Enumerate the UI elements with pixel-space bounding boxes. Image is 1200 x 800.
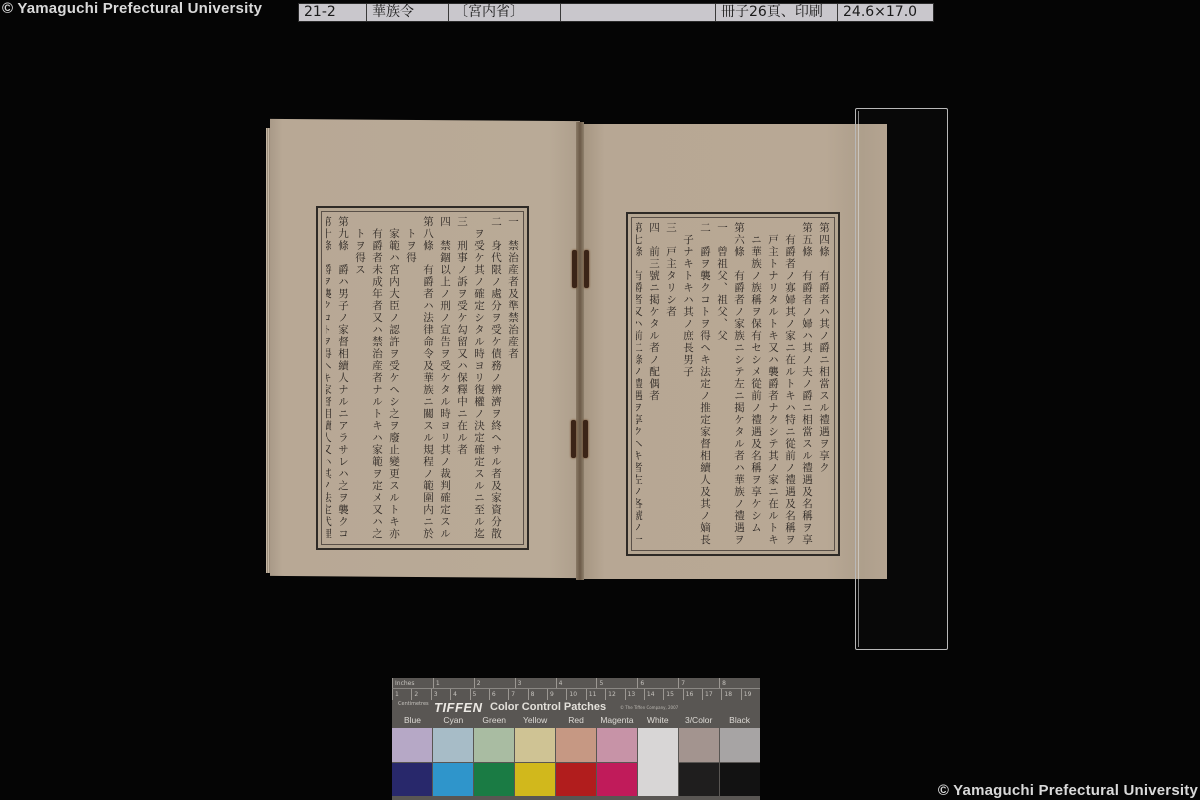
- inch-scale: Inches 1 2 3 4 5 6 7 8: [392, 678, 760, 689]
- text-column: 子ナキトキハ其ノ庶長男子: [681, 222, 694, 546]
- patch-3color-dark: [679, 763, 719, 797]
- text-column: 三 刑事ノ訴ヲ受ケ勾留又ハ保釋中ニ在ル者: [455, 216, 468, 540]
- text-column: 戸主トナリタルトキ又ハ襲爵者ナクシテ其ノ家ニ在ルトキハ其ノ者ニ限リ特: [766, 222, 779, 546]
- staple-icon: [584, 250, 589, 288]
- patch-blue-dark: [392, 763, 432, 797]
- text-column: ヲ受ケ其ノ確定シタル時ヨリ復權ノ決定確定スルニ至ル迄ノ者: [472, 216, 485, 540]
- catalog-id: 21-2: [299, 4, 367, 21]
- patch-name: Cyan: [433, 715, 474, 727]
- text-column: 第八條 有爵者ハ法律命令及華族ニ關スル規程ノ範圍内ニ於テ家範ヲ定ムルコ: [421, 216, 434, 540]
- patch-magenta-dark: [597, 763, 637, 797]
- inch-tick: 3: [515, 678, 556, 688]
- inch-tick: 5: [596, 678, 637, 688]
- text-column: ニ華族ノ族稱ヲ保有セシメ從前ノ禮遇及名稱ヲ享ケシム: [749, 222, 762, 546]
- patch-name: Yellow: [515, 715, 556, 727]
- patch-3color-light: [679, 728, 719, 762]
- text-column: 家範ハ宮内大臣ノ認許ヲ受ケヘシ之ヲ廢止變更スルトキ亦同シ: [387, 216, 400, 540]
- patch-name: Red: [556, 715, 597, 727]
- inch-tick: 2: [474, 678, 515, 688]
- patch-black-dark: [720, 763, 760, 797]
- patch-name: White: [637, 715, 678, 727]
- left-page-text: 一 禁治産者及準禁治産者 二 身代限ノ處分ヲ受ケ債務ノ辨濟ヲ終ヘサル者及家資分散…: [326, 216, 519, 540]
- text-column: 三 戸主タリシ者: [664, 222, 677, 546]
- inch-tick: 8: [719, 678, 760, 688]
- patch-magenta-light: [597, 728, 637, 762]
- catalog-date: [561, 4, 716, 21]
- right-page-text: 第四條 有爵者ハ其ノ爵ニ相當スル禮遇ヲ享ク 第五條 有爵者ノ婦ハ其ノ夫ノ爵ニ相當…: [636, 222, 830, 546]
- patch-red-light: [556, 728, 596, 762]
- acrylic-weight-bar: [855, 108, 948, 650]
- text-column: 一 禁治産者及準禁治産者: [506, 216, 519, 540]
- staple-icon: [571, 420, 576, 458]
- inches-label: Inches: [392, 678, 433, 688]
- patch-cyan-light: [433, 728, 473, 762]
- color-target-card: Inches 1 2 3 4 5 6 7 8 1 2 3 4 5 6 7 8 9…: [392, 678, 760, 800]
- text-column: トヲ得: [404, 216, 417, 540]
- inch-tick: 4: [556, 678, 597, 688]
- text-column: 二 身代限ノ處分ヲ受ケ債務ノ辨濟ヲ終ヘサル者及家資分散若ハ破産ノ宣告: [489, 216, 502, 540]
- patch-red-dark: [556, 763, 596, 797]
- patch-cyan-dark: [433, 763, 473, 797]
- catalog-format: 冊子26頁、印刷: [716, 4, 838, 21]
- text-column: 第六條 有爵者ノ家族ニシテ左ニ掲ケタル者ハ華族ノ禮遇ヲ享ク: [732, 222, 745, 546]
- text-column: 四 前三號ニ掲ケタル者ノ配偶者: [647, 222, 660, 546]
- ruler: Inches 1 2 3 4 5 6 7 8 1 2 3 4 5 6 7 8 9…: [392, 678, 760, 700]
- tiffen-logo: TIFFEN: [434, 700, 483, 715]
- inch-tick: 6: [637, 678, 678, 688]
- patch-yellow-light: [515, 728, 555, 762]
- target-header: Centimetres TIFFEN Color Control Patches…: [392, 699, 760, 715]
- text-column: 有爵者ノ寡婦其ノ家ニ在ルトキハ特ニ從前ノ禮遇及名稱ヲ享ケシメ其ノ家ノ: [783, 222, 796, 546]
- text-column: 四 禁錮以上ノ刑ノ宣告ヲ受ケタル時ヨリ其ノ裁判確定スルニ至ル迄ノ者: [438, 216, 451, 540]
- inch-tick: 1: [433, 678, 474, 688]
- inch-tick: 7: [678, 678, 719, 688]
- patch-white-light: [638, 728, 678, 796]
- patch-names: Blue Cyan Green Yellow Red Magenta White…: [392, 715, 760, 727]
- centimetres-label: Centimetres: [398, 701, 429, 707]
- text-column: 第五條 有爵者ノ婦ハ其ノ夫ノ爵ニ相當スル禮遇及名稱ヲ享ク: [800, 222, 813, 546]
- patch-green-light: [474, 728, 514, 762]
- target-copyright: © The Tiffen Company, 2007: [620, 705, 678, 710]
- text-column: 第九條 爵ハ男子ノ家督相續人ナルニアラサレハ之ヲ襲クコトヲ得ス: [336, 216, 349, 540]
- catalog-title: 華族令: [367, 4, 449, 21]
- text-column: 第七條 有爵者又ハ前二條ノ禮遇ヲ享クヘキ者左ノ各號ノ一ニ該當スルトキハ: [636, 222, 643, 546]
- text-column: 二 爵ヲ襲クコトヲ得ヘキ法定ノ推定家督相續人及其ノ嫡長男子、嫡出ノ男: [698, 222, 711, 546]
- target-title: Color Control Patches: [490, 701, 606, 713]
- patch-name: Black: [719, 715, 760, 727]
- patch-name: Magenta: [596, 715, 637, 727]
- staple-icon: [583, 420, 588, 458]
- text-column: 第十條 爵ヲ襲クコトヲ得ヘキ家督相續人又ハ其ノ法定代理人ハ相續ノ開始ヲ: [326, 216, 332, 540]
- binding-gutter: [576, 122, 584, 580]
- patch-yellow-dark: [515, 763, 555, 797]
- text-column: 第四條 有爵者ハ其ノ爵ニ相當スル禮遇ヲ享ク: [817, 222, 830, 546]
- staple-icon: [572, 250, 577, 288]
- patch-black-light: [720, 728, 760, 762]
- text-column: 一 曾祖父、祖父、父: [715, 222, 728, 546]
- catalog-issuer: 〔宮内省〕: [449, 4, 561, 21]
- left-page-text-frame: 一 禁治産者及準禁治産者 二 身代限ノ處分ヲ受ケ債務ノ辨濟ヲ終ヘサル者及家資分散…: [316, 206, 529, 550]
- patch-blue-light: [392, 728, 432, 762]
- catalog-size: 24.6×17.0: [838, 4, 933, 21]
- booklet-spread: 一 禁治産者及準禁治産者 二 身代限ノ處分ヲ受ケ債務ノ辨濟ヲ終ヘサル者及家資分散…: [270, 120, 887, 580]
- copyright-watermark-top: © Yamaguchi Prefectural University: [2, 0, 262, 17]
- text-column: 有爵者未成年者又ハ禁治産者ナルトキハ家範ヲ定メ又ハ之ヲ廢止變更スルコ: [370, 216, 383, 540]
- patch-name: 3/Color: [678, 715, 719, 727]
- color-patches: [392, 728, 760, 796]
- right-page-text-frame: 第四條 有爵者ハ其ノ爵ニ相當スル禮遇ヲ享ク 第五條 有爵者ノ婦ハ其ノ夫ノ爵ニ相當…: [626, 212, 840, 556]
- text-column: トヲ得ス: [353, 216, 366, 540]
- patch-green-dark: [474, 763, 514, 797]
- patch-name: Blue: [392, 715, 433, 727]
- patch-name: Green: [474, 715, 515, 727]
- copyright-watermark-bottom: © Yamaguchi Prefectural University: [938, 782, 1198, 799]
- catalog-label-bar: 21-2 華族令 〔宮内省〕 冊子26頁、印刷 24.6×17.0: [298, 3, 934, 22]
